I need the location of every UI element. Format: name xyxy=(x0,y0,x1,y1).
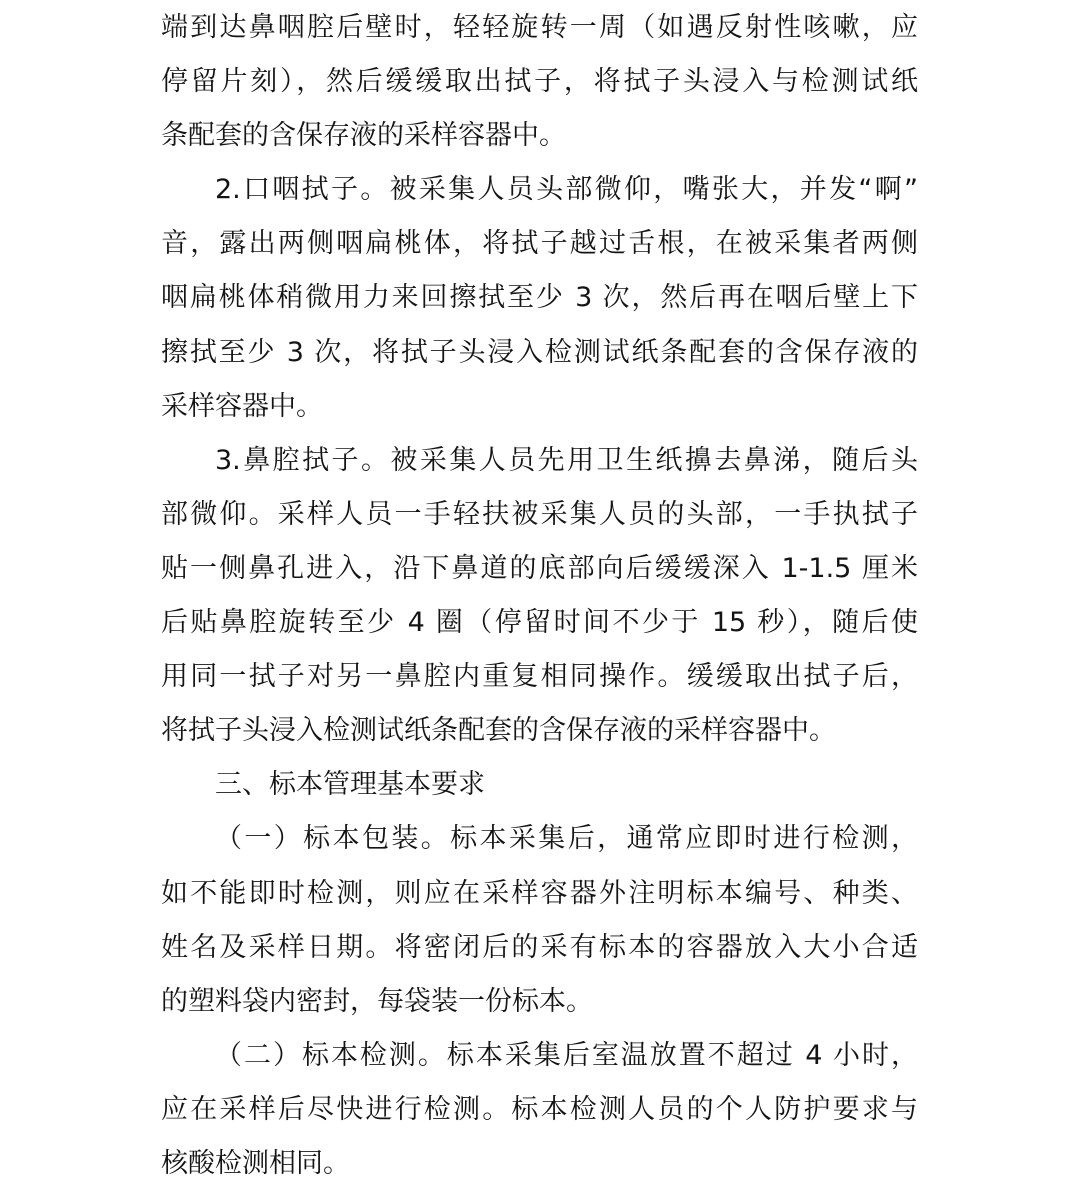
text-line: （一）标本包装。标本采集后，通常应即时进行检测， xyxy=(161,812,918,866)
text-line: 将拭子头浸入检测试纸条配套的含保存液的采样容器中。 xyxy=(161,704,918,758)
document-body: 端到达鼻咽腔后壁时，轻轻旋转一周（如遇反射性咳嗽，应停留片刻），然后缓缓取出拭子… xyxy=(161,1,918,1191)
text-line: 音，露出两侧咽扁桃体，将拭子越过舌根，在被采集者两侧 xyxy=(161,217,918,271)
text-line: 三、标本管理基本要求 xyxy=(161,758,918,812)
text-line: 部微仰。采样人员一手轻扶被采集人员的头部，一手执拭子 xyxy=(161,488,918,542)
text-line: 停留片刻），然后缓缓取出拭子，将拭子头浸入与检测试纸 xyxy=(161,55,918,109)
text-line: 端到达鼻咽腔后壁时，轻轻旋转一周（如遇反射性咳嗽，应 xyxy=(161,1,918,55)
text-line: 后贴鼻腔旋转至少 4 圈（停留时间不少于 15 秒），随后使 xyxy=(161,596,918,650)
text-line: 核酸检测相同。 xyxy=(161,1137,918,1191)
text-line: 3.鼻腔拭子。被采集人员先用卫生纸擤去鼻涕，随后头 xyxy=(161,434,918,488)
text-line: 2.口咽拭子。被采集人员头部微仰，嘴张大，并发“啊” xyxy=(161,163,918,217)
document-page: 端到达鼻咽腔后壁时，轻轻旋转一周（如遇反射性咳嗽，应停留片刻），然后缓缓取出拭子… xyxy=(0,0,1080,1196)
text-line: （二）标本检测。标本采集后室温放置不超过 4 小时， xyxy=(161,1029,918,1083)
text-line: 姓名及采样日期。将密闭后的采有标本的容器放入大小合适 xyxy=(161,921,918,975)
text-line: 咽扁桃体稍微用力来回擦拭至少 3 次，然后再在咽后壁上下 xyxy=(161,271,918,325)
text-line: 如不能即时检测，则应在采样容器外注明标本编号、种类、 xyxy=(161,867,918,921)
text-line: 的塑料袋内密封，每袋装一份标本。 xyxy=(161,975,918,1029)
text-line: 条配套的含保存液的采样容器中。 xyxy=(161,109,918,163)
text-line: 擦拭至少 3 次，将拭子头浸入检测试纸条配套的含保存液的 xyxy=(161,326,918,380)
text-line: 采样容器中。 xyxy=(161,380,918,434)
text-line: 贴一侧鼻孔进入，沿下鼻道的底部向后缓缓深入 1-1.5 厘米 xyxy=(161,542,918,596)
text-line: 应在采样后尽快进行检测。标本检测人员的个人防护要求与 xyxy=(161,1083,918,1137)
text-line: 用同一拭子对另一鼻腔内重复相同操作。缓缓取出拭子后， xyxy=(161,650,918,704)
